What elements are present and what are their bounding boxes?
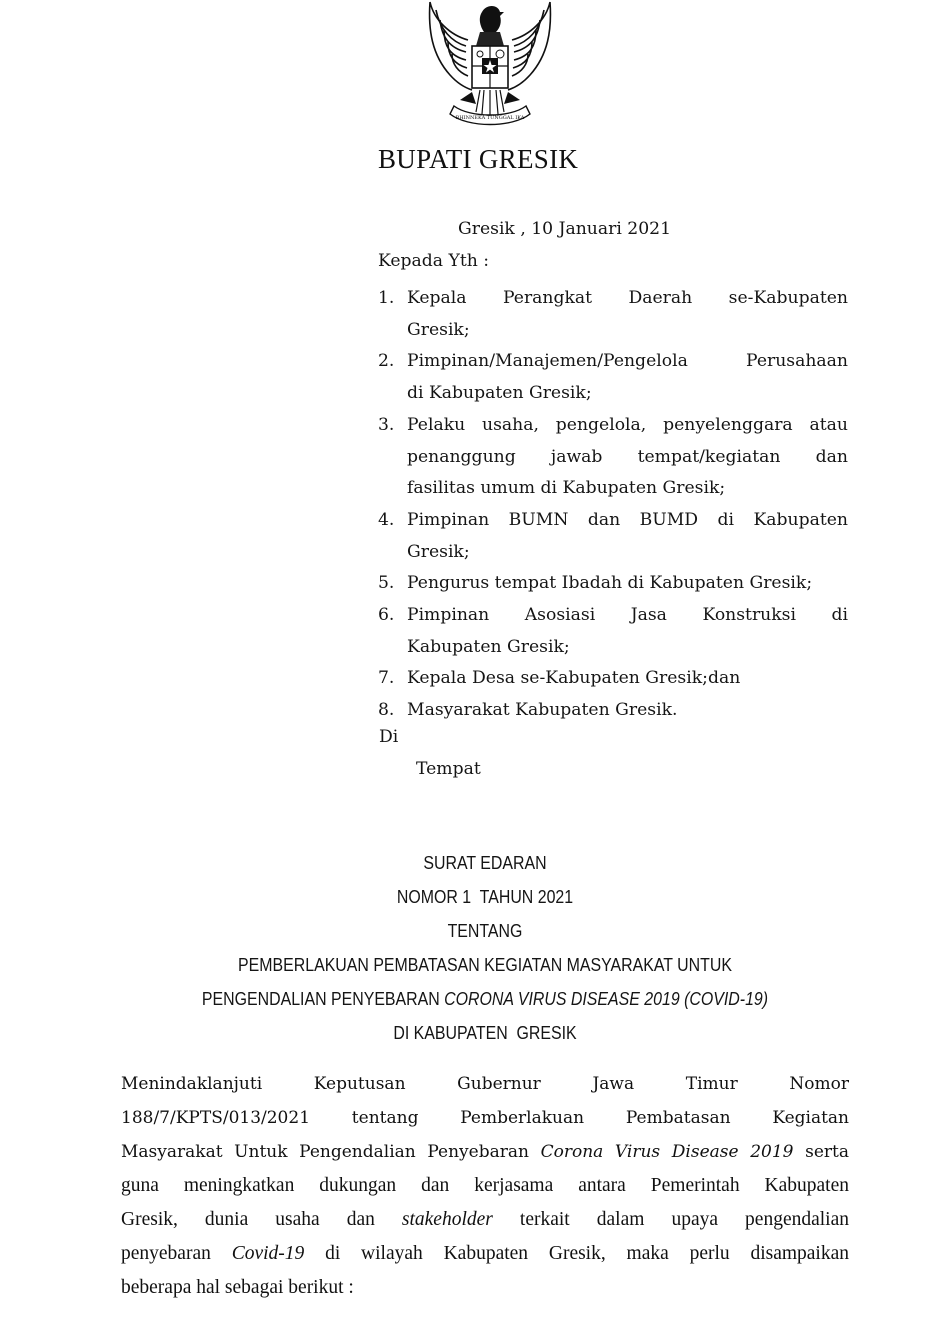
body-line: penyebaran Covid-19 di wilayah Kabupaten… xyxy=(121,1240,849,1274)
body-line: beberapa hal sebagai berikut : xyxy=(121,1274,849,1308)
letterhead-title: BUPATI GRESIK xyxy=(378,144,578,175)
body-line: Menindaklanjuti Keputusan Gubernur Jawa … xyxy=(121,1070,849,1104)
recipient-item: 3. Pelaku usaha, pengelola, penyelenggar… xyxy=(378,410,848,505)
letter-date: Gresik , 10 Januari 2021 xyxy=(458,219,671,239)
svg-text:BHINNEKA TUNGGAL IKA: BHINNEKA TUNGGAL IKA xyxy=(456,115,525,121)
document-subject-line-2: PENGENDALIAN PENYEBARAN CORONA VIRUS DIS… xyxy=(68,988,902,1010)
document-page: BHINNEKA TUNGGAL IKA BUPATI GRESIK Gresi… xyxy=(0,0,947,1322)
recipient-item: 7. Kepala Desa se-Kabupaten Gresik;dan xyxy=(378,663,848,695)
recipient-item: 5. Pengurus tempat Ibadah di Kabupaten G… xyxy=(378,568,848,600)
document-tentang: TENTANG xyxy=(68,920,902,942)
recipient-item: 6. Pimpinan Asosiasi Jasa Konstruksi di … xyxy=(378,600,848,663)
body-line: 188/7/KPTS/013/2021 tentang Pemberlakuan… xyxy=(121,1104,849,1138)
document-number: NOMOR 1 TAHUN 2021 xyxy=(68,886,902,908)
document-subject-line-1: PEMBERLAKUAN PEMBATASAN KEGIATAN MASYARA… xyxy=(68,954,902,976)
recipient-item: 4. Pimpinan BUMN dan BUMD di Kabupaten G… xyxy=(378,505,848,568)
recipient-item: 2. Pimpinan/Manajemen/Pengelola Perusaha… xyxy=(378,346,848,409)
body-line: Masyarakat Untuk Pengendalian Penyebaran… xyxy=(121,1138,849,1172)
document-type: SURAT EDARAN xyxy=(68,852,902,874)
recipient-item: 1. Kepala Perangkat Daerah se-Kabupaten … xyxy=(378,283,848,346)
body-line: Gresik, dunia usaha dan stakeholder terk… xyxy=(121,1206,849,1240)
body-paragraph: Menindaklanjuti Keputusan Gubernur Jawa … xyxy=(121,1070,849,1308)
addressee-di: Di xyxy=(379,727,398,747)
document-subject-line-3: DI KABUPATEN GRESIK xyxy=(68,1022,902,1044)
addressee-salutation: Kepada Yth : xyxy=(378,251,489,271)
recipient-list: 1. Kepala Perangkat Daerah se-Kabupaten … xyxy=(378,283,848,727)
addressee-tempat: Tempat xyxy=(416,759,481,779)
body-line: guna meningkatkan dukungan dan kerjasama… xyxy=(121,1172,849,1206)
recipient-item: 8. Masyarakat Kabupaten Gresik. xyxy=(378,695,848,727)
garuda-pancasila-emblem-icon: BHINNEKA TUNGGAL IKA xyxy=(420,0,560,140)
